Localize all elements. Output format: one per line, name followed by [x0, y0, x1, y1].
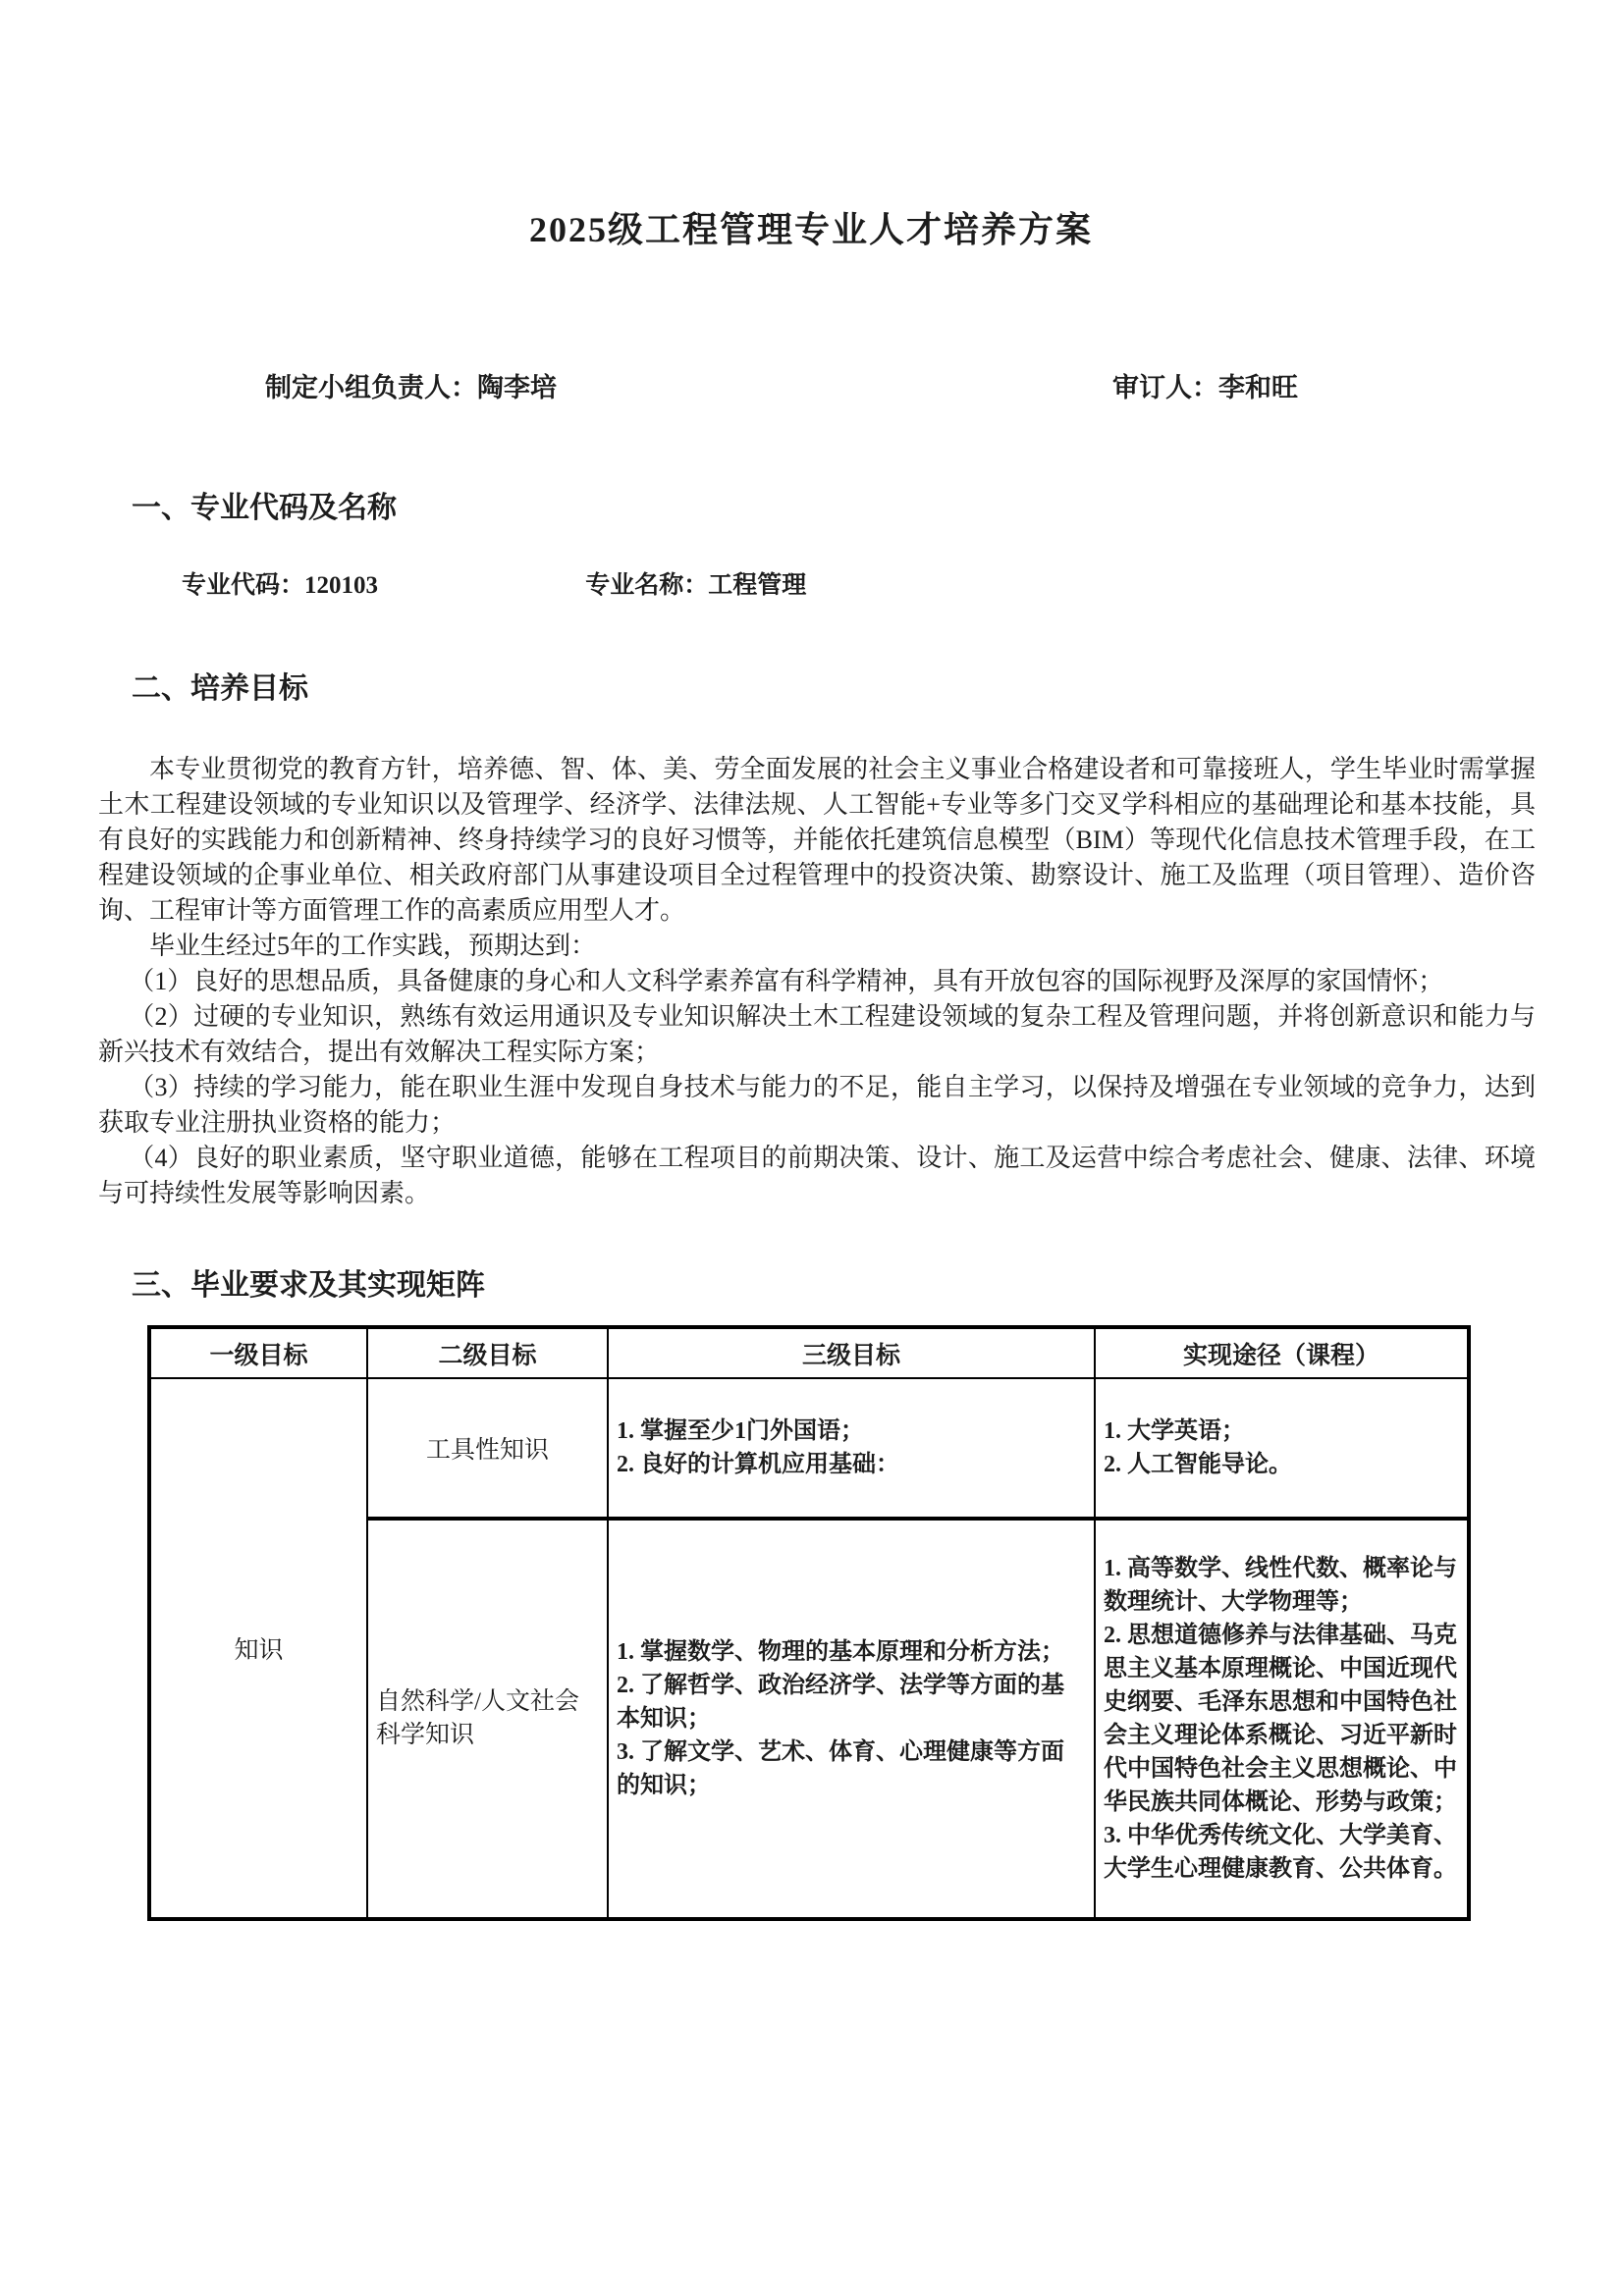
- list-line: 3. 中华优秀传统文化、大学美育、大学生心理健康教育、公共体育。: [1104, 1819, 1459, 1886]
- list-line: 3. 了解文学、艺术、体育、心理健康等方面的知识；: [617, 1735, 1086, 1802]
- page-title: 2025级工程管理专业人才培养方案: [0, 0, 1622, 252]
- section-2-heading: 二、培养目标: [132, 664, 1622, 707]
- matrix-header-row: 一级目标 二级目标 三级目标 实现途径（课程）: [149, 1327, 1469, 1378]
- section-3-heading: 三、毕业要求及其实现矩阵: [132, 1260, 1622, 1304]
- cell-level2-tool-knowledge: 工具性知识: [367, 1378, 608, 1519]
- cell-courses-tool-knowledge: 1. 大学英语； 2. 人工智能导论。: [1095, 1378, 1469, 1519]
- objectives-item-3: （3）持续的学习能力，能在职业生涯中发现自身技术与能力的不足，能自主学习，以保持…: [98, 1070, 1536, 1141]
- list-line: 2. 良好的计算机应用基础：: [617, 1448, 1086, 1481]
- header-courses: 实现途径（课程）: [1095, 1327, 1469, 1378]
- header-level2-goal: 二级目标: [367, 1327, 608, 1378]
- training-objectives-text: 本专业贯彻党的教育方针，培养德、智、体、美、劳全面发展的社会主义事业合格建设者和…: [98, 752, 1536, 1211]
- major-name-text: 专业名称：工程管理: [585, 572, 806, 599]
- reviewer-text: 审订人：李和旺: [1112, 366, 1298, 404]
- objectives-paragraph: 毕业生经过5年的工作实践，预期达到：: [98, 929, 1536, 964]
- cell-level3-tool-knowledge: 1. 掌握至少1门外国语； 2. 良好的计算机应用基础：: [608, 1378, 1095, 1519]
- major-code-row: 专业代码：120103 专业名称：工程管理: [182, 565, 1622, 601]
- matrix-row-tool-knowledge: 知识 工具性知识 1. 掌握至少1门外国语； 2. 良好的计算机应用基础： 1.…: [149, 1378, 1469, 1519]
- header-level1-goal: 一级目标: [149, 1327, 367, 1378]
- objectives-paragraph: 本专业贯彻党的教育方针，培养德、智、体、美、劳全面发展的社会主义事业合格建设者和…: [98, 752, 1536, 929]
- cell-level3-science-knowledge: 1. 掌握数学、物理的基本原理和分析方法； 2. 了解哲学、政治经济学、法学等方…: [608, 1519, 1095, 1919]
- document-page: 2025级工程管理专业人才培养方案 制定小组负责人：陶李培 审订人：李和旺 一、…: [0, 0, 1622, 2296]
- list-line: 1. 高等数学、线性代数、概率论与数理统计、大学物理等；: [1104, 1552, 1459, 1619]
- graduation-requirements-matrix: 一级目标 二级目标 三级目标 实现途径（课程） 知识 工具性知识 1. 掌握至少…: [147, 1325, 1471, 1921]
- cell-level2-science-knowledge: 自然科学/人文社会科学知识: [367, 1519, 608, 1919]
- group-leader-text: 制定小组负责人：陶李培: [265, 366, 557, 404]
- list-line: 2. 思想道德修养与法律基础、马克思主义基本原理概论、中国近现代史纲要、毛泽东思…: [1104, 1619, 1459, 1819]
- list-line: 1. 掌握数学、物理的基本原理和分析方法；: [617, 1635, 1086, 1669]
- section-1-heading: 一、专业代码及名称: [132, 483, 1622, 526]
- header-level3-goal: 三级目标: [608, 1327, 1095, 1378]
- major-code-text: 专业代码：120103: [182, 572, 378, 599]
- cell-level1-knowledge: 知识: [149, 1378, 367, 1919]
- objectives-item-2: （2）过硬的专业知识，熟练有效运用通识及专业知识解决土木工程建设领域的复杂工程及…: [98, 999, 1536, 1070]
- list-line: 2. 人工智能导论。: [1104, 1448, 1459, 1481]
- list-line: 1. 掌握至少1门外国语；: [617, 1415, 1086, 1448]
- cell-courses-science-knowledge: 1. 高等数学、线性代数、概率论与数理统计、大学物理等； 2. 思想道德修养与法…: [1095, 1519, 1469, 1919]
- objectives-item-1: （1）良好的思想品质，具备健康的身心和人文科学素养富有科学精神，具有开放包容的国…: [98, 964, 1536, 999]
- meta-row: 制定小组负责人：陶李培 审订人：李和旺: [0, 366, 1622, 404]
- list-line: 2. 了解哲学、政治经济学、法学等方面的基本知识；: [617, 1669, 1086, 1735]
- objectives-item-4: （4）良好的职业素质，坚守职业道德，能够在工程项目的前期决策、设计、施工及运营中…: [98, 1141, 1536, 1211]
- list-line: 1. 大学英语；: [1104, 1415, 1459, 1448]
